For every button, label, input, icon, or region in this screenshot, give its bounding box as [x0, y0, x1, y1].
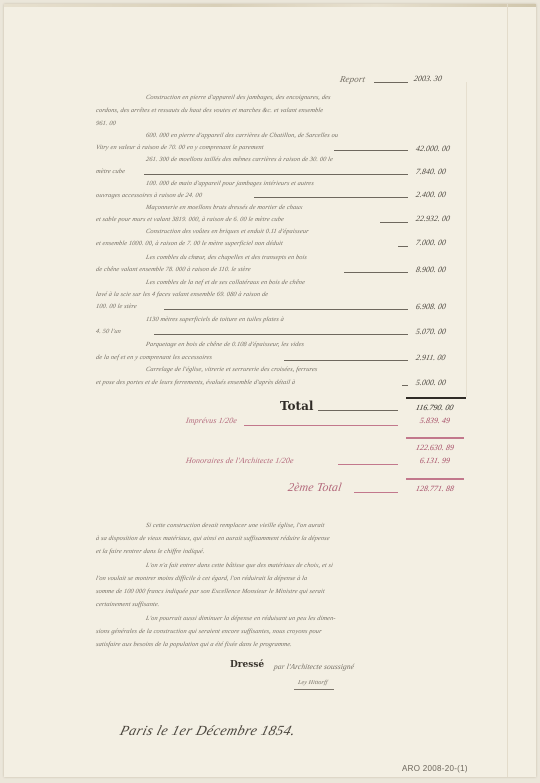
- item-6-line-1: Les combles du chœur, des chapelles et d…: [146, 254, 308, 261]
- item-2-rule: [144, 174, 408, 175]
- signature-flourish: [294, 689, 334, 690]
- architect-fees-rule: [338, 464, 398, 465]
- item-7-line-3: 100. 00 le stère: [96, 303, 138, 310]
- architect-fees-amount: 6.131. 99: [419, 456, 471, 465]
- item-4-amount: 22.932. 00: [415, 214, 467, 223]
- place-date: Paris le 1er Décembre 1854.: [118, 724, 297, 740]
- closing-p2-line-3: somme de 100 000 francs indiquée par son…: [96, 588, 326, 595]
- intro-line-2: cordons, des arrêtes et ressauts du haut…: [96, 107, 324, 114]
- total-amount: 116.790. 00: [415, 403, 467, 412]
- closing-p1-line-3: et la faire rentrer dans le chiffre indi…: [96, 548, 206, 555]
- report-amount: 2003. 30: [413, 74, 465, 83]
- unforeseen-label: Imprévus 1/20e: [185, 416, 237, 425]
- item-7-line-1: Les combles de la nef et de ses collatér…: [146, 279, 306, 286]
- item-10-line-1: Carrelage de l'église, vitrerie et serru…: [146, 366, 318, 373]
- closing-p3-line-1: L'on pourrait aussi diminuer la dépense …: [146, 615, 337, 622]
- closing-p1-line-1: Si cette construction devait remplacer u…: [146, 522, 325, 529]
- item-4-rule: [380, 222, 408, 223]
- subtotal-amount: 122.630. 89: [415, 443, 467, 452]
- item-3-line-2: ouvrages accessoires à raison de 24. 00: [96, 192, 203, 199]
- item-8-rule: [154, 334, 408, 335]
- closing-p1-line-2: à sa disposition de vieux matériaux, qui…: [96, 535, 331, 542]
- item-6-rule: [344, 272, 408, 273]
- item-3-rule: [254, 197, 408, 198]
- closing-p2-line-4: certainement suffisante.: [96, 601, 160, 608]
- item-9-line-2: de la nef et en y comprenant les accesso…: [96, 354, 213, 361]
- item-10-rule: [402, 385, 408, 386]
- item-3-amount: 2.400. 00: [415, 190, 467, 199]
- item-9-amount: 2.911. 00: [415, 353, 467, 362]
- closing-p2-line-1: L'on n'a fait entrer dans cette bâtisse …: [146, 562, 334, 569]
- item-5-rule: [398, 246, 408, 247]
- item-4-line-1: Maçonnerie en moellons bruts dressés de …: [146, 204, 304, 211]
- item-4-line-2: et sable pour murs et valant 3819. 000, …: [96, 216, 285, 223]
- paper-edge: [4, 4, 536, 7]
- total-top-rule: [406, 397, 466, 399]
- total-label: Total: [280, 399, 313, 413]
- signature: Ley Hittorff: [298, 680, 328, 686]
- closing-p3-line-3: satisfaire aux besoins de la population …: [96, 641, 293, 648]
- item-10-line-2: et pose des portes et de leurs ferrement…: [96, 379, 296, 386]
- item-1-line-1: 600. 000 en pierre d'appareil des carriè…: [146, 132, 339, 139]
- grand-total-amount: 128.771. 88: [415, 484, 467, 493]
- report-rule: [374, 82, 408, 83]
- document-page: Report 2003. 30 Construction en pierre d…: [4, 4, 536, 777]
- architect-fees-label: Honoraires de l'Architecte 1/20e: [185, 456, 294, 465]
- item-8-amount: 5.070. 00: [415, 327, 467, 336]
- item-6-amount: 8.900. 00: [415, 265, 467, 274]
- report-label: Report: [339, 74, 366, 84]
- grand-total-label: 2ème Total: [287, 480, 343, 495]
- item-5-line-2: et ensemble 1000. 00, à raison de 7. 00 …: [96, 240, 284, 247]
- item-5-amount: 7.000. 00: [415, 238, 467, 247]
- item-2-line-2: mètre cube: [96, 168, 126, 175]
- grand-total-rule: [354, 492, 398, 493]
- item-3-line-1: 100. 000 de main d'appareil pour jambage…: [146, 180, 315, 187]
- closing-p3-line-2: sions générales de la construction qui s…: [96, 628, 323, 635]
- unforeseen-rule: [244, 425, 398, 426]
- signature-heading: Dressé: [230, 660, 264, 670]
- item-1-rule: [334, 150, 408, 151]
- unforeseen-amount: 5.839. 49: [419, 416, 471, 425]
- subtotal-rule: [406, 437, 464, 439]
- intro-line-3: 961. 00: [96, 120, 117, 127]
- closing-p2-line-2: l'on voulait se montrer moins difficile …: [96, 575, 308, 582]
- item-7-rule: [164, 309, 408, 310]
- item-5-line-1: Construction des voûtes en briques et en…: [146, 228, 310, 235]
- item-2-amount: 7.840. 00: [415, 167, 467, 176]
- paper-fold: [507, 4, 508, 777]
- archive-reference: ARO 2008-20-(1): [402, 764, 468, 773]
- item-7-amount: 6.908. 00: [415, 302, 467, 311]
- intro-line-1: Construction en pierre d'appareil des ja…: [146, 94, 332, 101]
- grand-total-top-rule: [406, 478, 464, 480]
- item-9-line-1: Parquetage en bois de chêne de 0.108 d'é…: [146, 341, 305, 348]
- item-10-amount: 5.000. 00: [415, 378, 467, 387]
- total-rule: [318, 410, 398, 411]
- item-7-line-2: lavé à la scie sur les 4 faces valant en…: [96, 291, 269, 298]
- item-6-line-2: de chêne valant ensemble 78. 000 à raiso…: [96, 266, 252, 273]
- item-2-line-1: 261. 300 de moellons taillés des mêmes c…: [146, 156, 334, 163]
- item-9-rule: [284, 360, 408, 361]
- item-1-line-2: Vitry en valeur à raison de 70. 00 en y …: [96, 144, 265, 151]
- item-1-amount: 42.000. 00: [415, 144, 467, 153]
- item-8-line-1: 1130 mètres superficiels de toiture en t…: [146, 316, 285, 323]
- item-8-line-2: 4. 50 l'un: [96, 328, 122, 335]
- signature-rest: par l'Architecte soussigné: [273, 662, 354, 671]
